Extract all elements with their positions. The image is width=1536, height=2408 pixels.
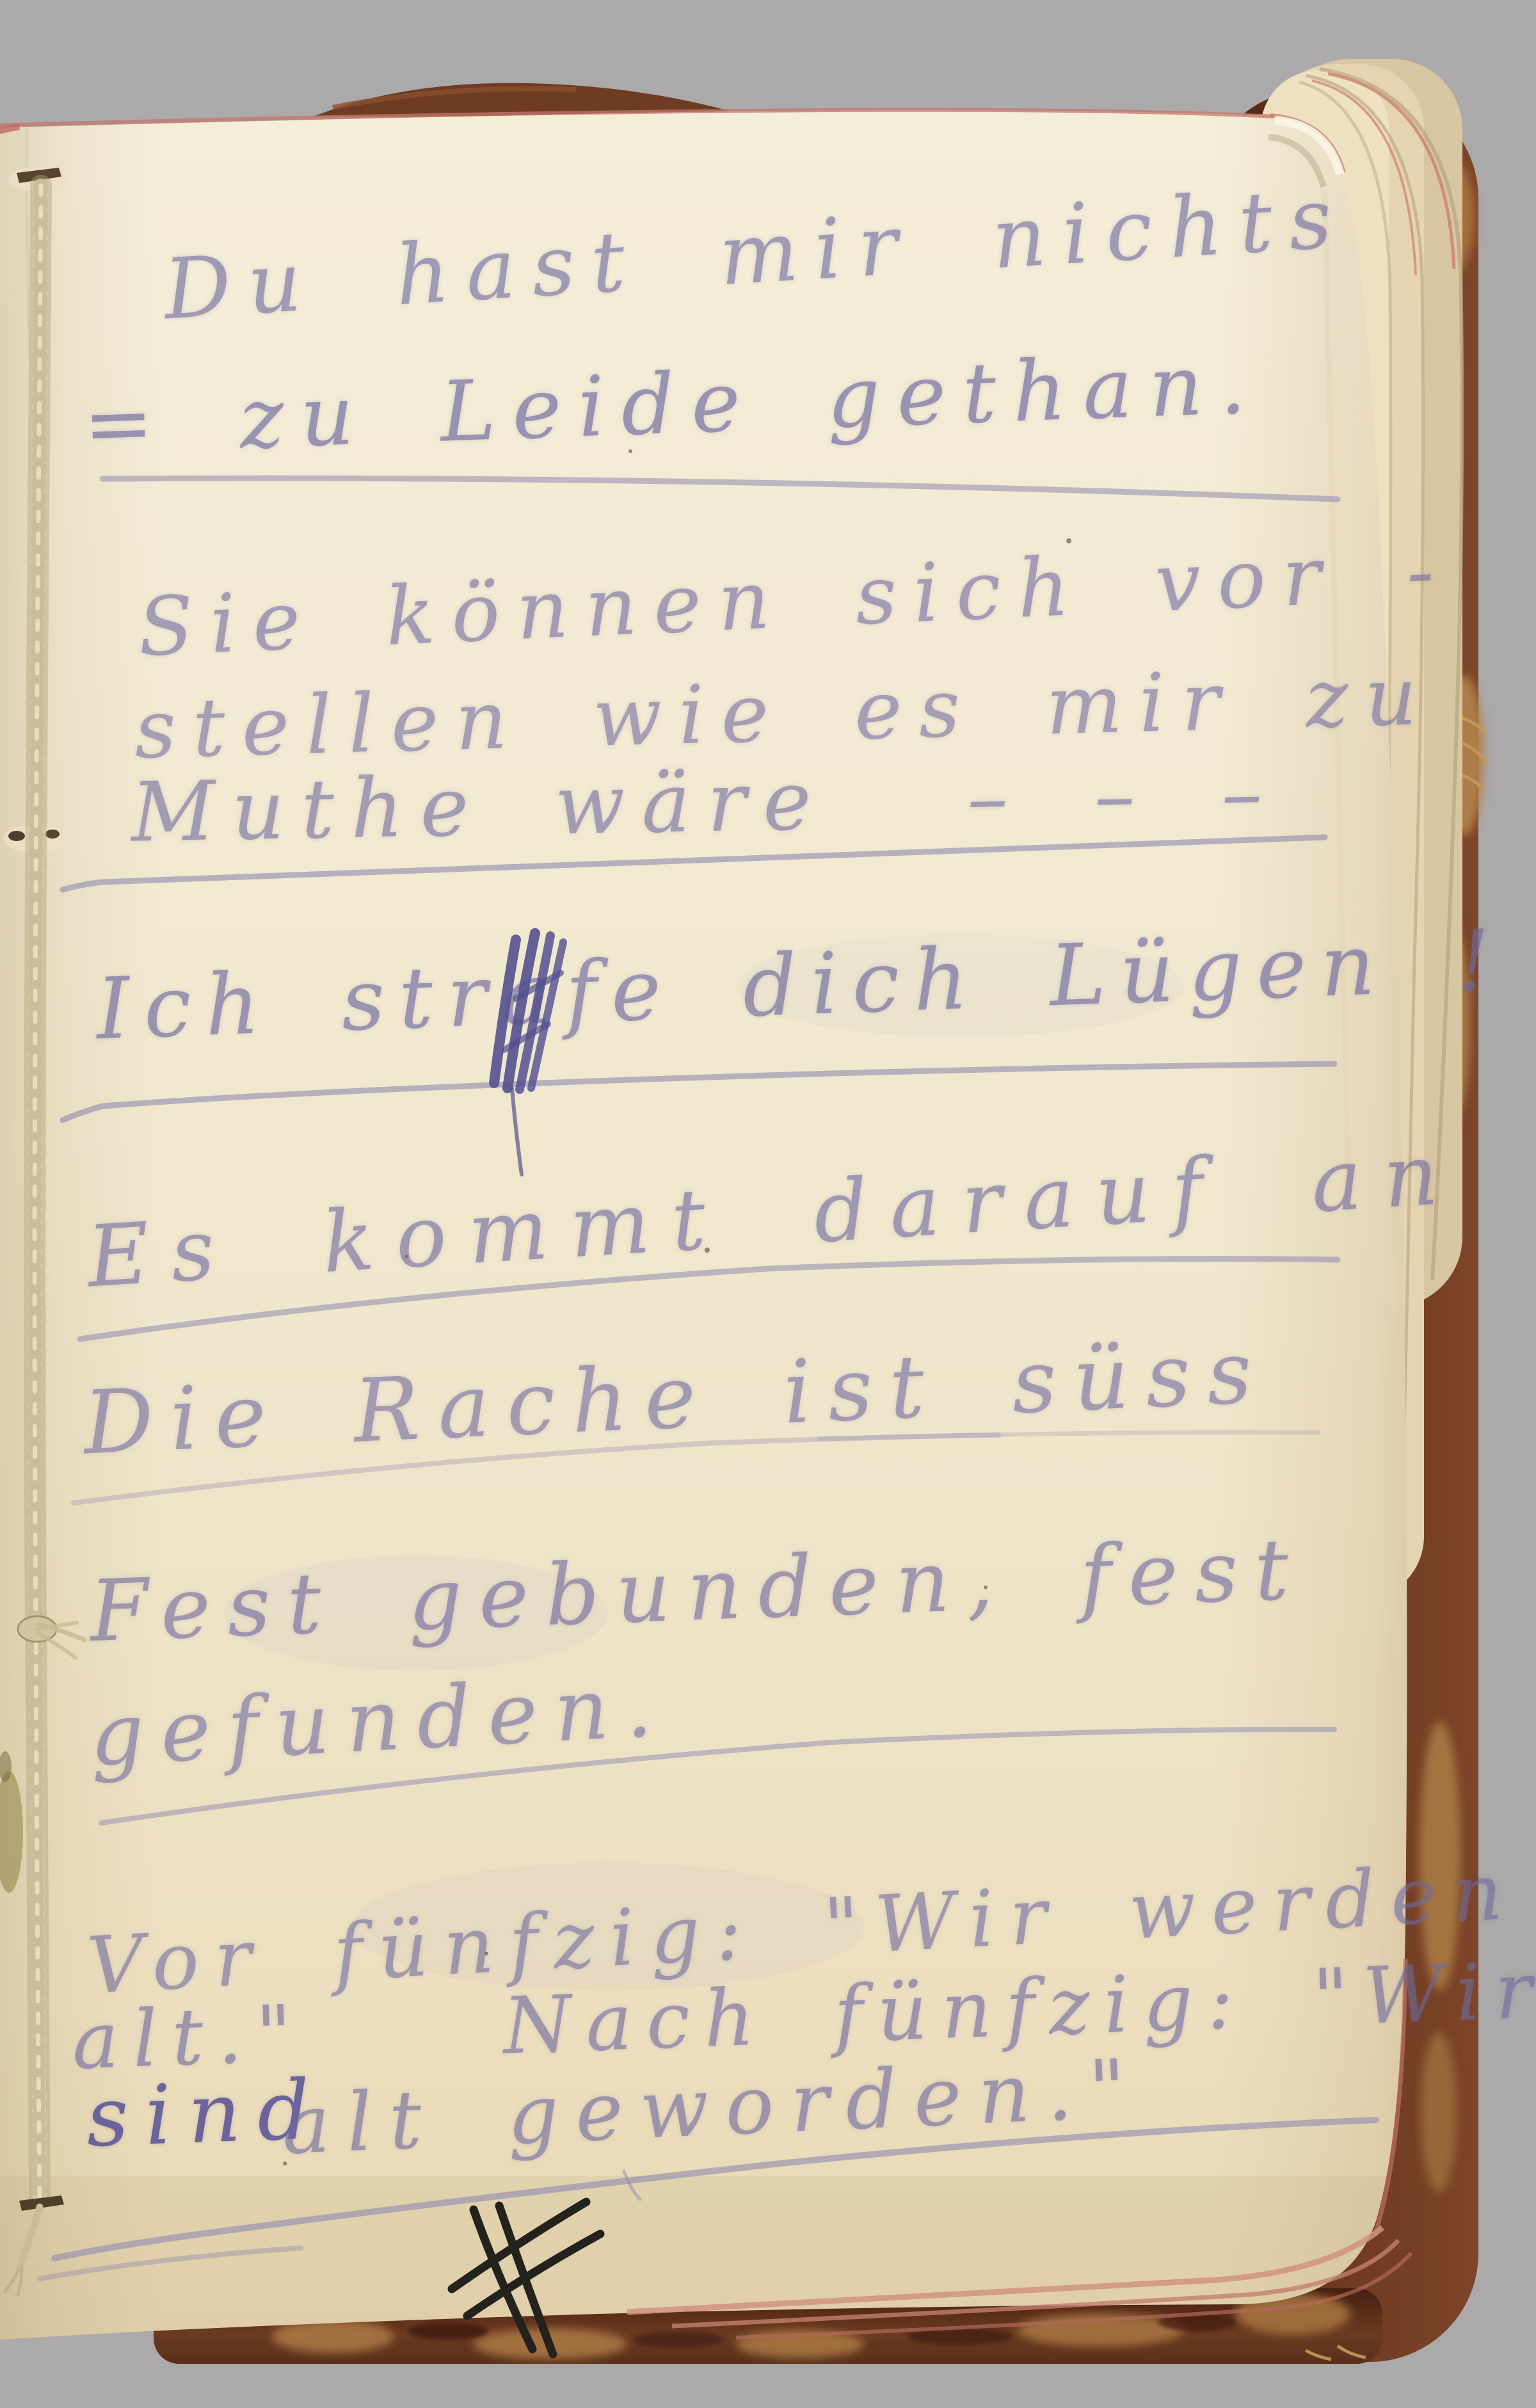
graphite-smudge — [224, 1555, 608, 1671]
photo-of-notebook: Du hast mir nichts = zu Leide gethan. Si… — [0, 0, 1536, 2408]
stitch-hole-middle — [8, 831, 25, 841]
notebook-scene — [0, 0, 1536, 2408]
notebook-page — [0, 102, 1418, 2349]
